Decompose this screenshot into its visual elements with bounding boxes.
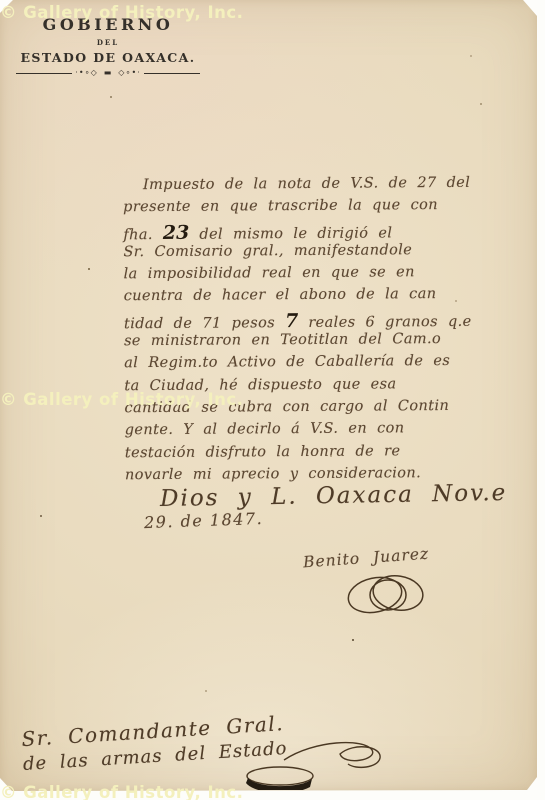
- letter-line: se ministraron en Teotitlan del Cam.o: [124, 331, 476, 356]
- divider-ornament-right: ◇∘•·: [115, 69, 143, 77]
- letter-line-segment: del mismo le dirigió el: [189, 225, 392, 242]
- letter-line: al Regim.to Activo de Caballería de es: [124, 353, 476, 378]
- letterhead: GOBIERNO DEL ESTADO DE OAXACA. ·•∘◇ ▬ ◇∘…: [16, 15, 200, 77]
- watermark-text: © Gallery of History, Inc.: [0, 390, 243, 409]
- letter-line: tidad de 71 pesos 7 reales 6 granos q.e: [124, 309, 476, 334]
- letter-line: Impuesto de la nota de V.S. de 27 del: [123, 175, 475, 200]
- watermark-text: © Gallery of History, Inc.: [0, 783, 243, 800]
- letter-line: Sr. Comisario gral., manifestandole: [123, 242, 475, 267]
- letterhead-estado-de-oaxaca: ESTADO DE OAXACA.: [16, 50, 200, 65]
- copyright-watermark-bottom: © Gallery of History, Inc.: [0, 783, 243, 800]
- letter-line: presente en que trascribe la que con: [123, 197, 475, 222]
- overwritten-number: 23: [163, 221, 190, 243]
- signature-name: Benito Juarez: [303, 545, 430, 572]
- letter-line-segment: fha.: [123, 227, 163, 243]
- letter-line: gente. Y al decirlo á V.S. en con: [125, 420, 477, 445]
- overwritten-number: 7: [285, 310, 298, 332]
- divider-rule-left: [16, 73, 72, 74]
- letter-line-segment: tidad de 71 pesos: [124, 315, 285, 332]
- signature-rubric-flourish: [343, 572, 433, 618]
- valediction: Dios y L. Oaxaca Nov.e: [160, 480, 508, 512]
- document-photo: GOBIERNO DEL ESTADO DE OAXACA. ·•∘◇ ▬ ◇∘…: [0, 0, 545, 800]
- divider-ornament-left: ·•∘◇: [72, 69, 100, 77]
- copyright-watermark-top: © Gallery of History, Inc.: [0, 3, 243, 22]
- letter-line: cuentra de hacer el abono de la can: [124, 286, 476, 311]
- divider-ornament-center: ▬: [101, 69, 116, 77]
- copyright-watermark-middle: © Gallery of History, Inc.: [0, 390, 243, 409]
- letter-line: testación disfruto la honra de re: [125, 442, 477, 467]
- address-flourish: [240, 738, 390, 790]
- date-line: 29. de 1847.: [144, 509, 264, 532]
- letter-line: la imposibilidad real en que se en: [124, 264, 476, 289]
- letter-line-segment: reales 6 granos q.e: [298, 314, 471, 331]
- ornament-divider: ·•∘◇ ▬ ◇∘•·: [16, 69, 200, 77]
- paper-foxing-specks: [0, 0, 2, 2]
- letter-body: Impuesto de la nota de V.S. de 27 del pr…: [123, 175, 477, 490]
- watermark-text: © Gallery of History, Inc.: [0, 3, 243, 22]
- letter-line: fha. 23 del mismo le dirigió el: [123, 219, 475, 244]
- divider-rule-right: [144, 73, 200, 74]
- letterhead-del: DEL: [16, 38, 200, 47]
